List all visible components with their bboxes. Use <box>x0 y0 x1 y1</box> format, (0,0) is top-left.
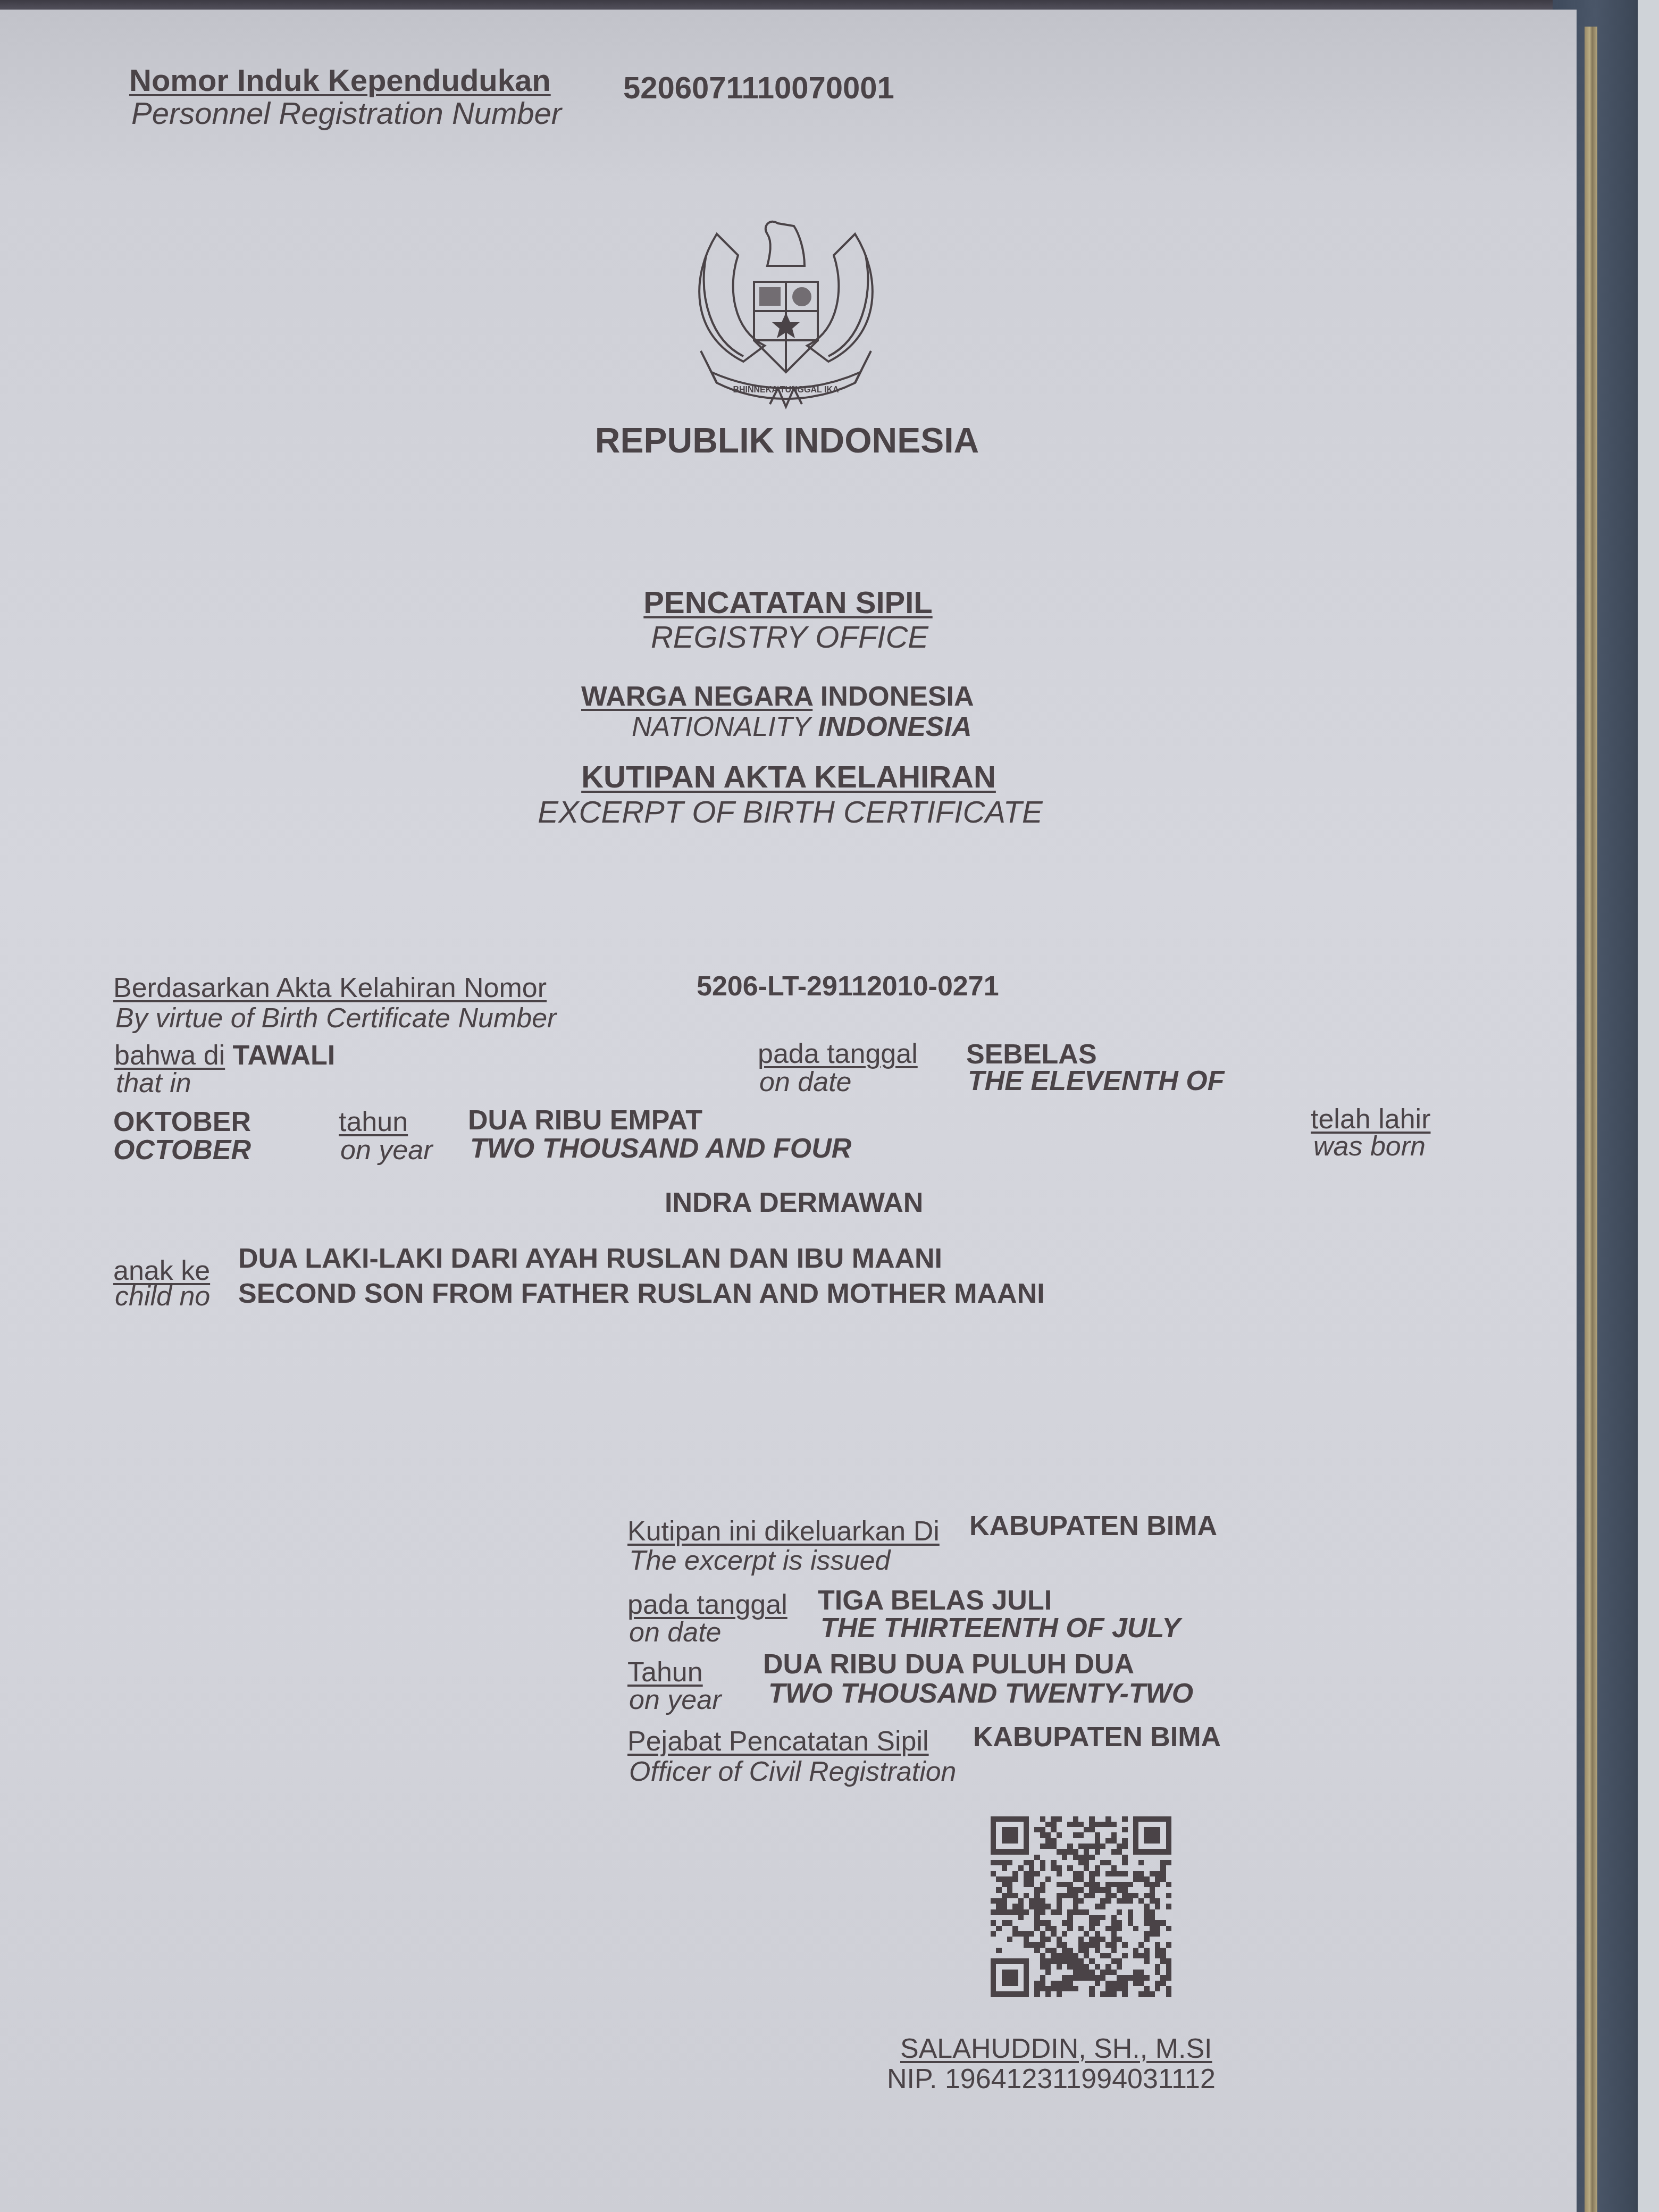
document-title-en: EXCERPT OF BIRTH CERTIFICATE <box>538 794 1043 830</box>
officer-label-en: Officer of Civil Registration <box>629 1756 957 1788</box>
birth-month: OKTOBER <box>113 1106 251 1138</box>
birth-year-value: DUA RIBU EMPAT <box>468 1104 702 1136</box>
nik-label: Nomor Induk Kependudukan <box>129 63 551 98</box>
birth-year-value-en: TWO THOUSAND AND FOUR <box>470 1133 851 1164</box>
office-title: PENCATATAN SIPIL <box>643 585 932 621</box>
issue-year-value-en: TWO THOUSAND TWENTY-TWO <box>768 1678 1193 1710</box>
officer-region: KABUPATEN BIMA <box>973 1721 1221 1753</box>
garuda-pancasila-emblem-icon: BHINNEKA TUNGGAL IKA <box>680 213 892 415</box>
issue-year-label: Tahun <box>627 1656 703 1688</box>
nik-label-en: Personnel Registration Number <box>131 96 562 131</box>
birth-date-label: pada tanggal <box>758 1038 918 1070</box>
document-title: KUTIPAN AKTA KELAHIRAN <box>581 759 996 795</box>
office-title-en: REGISTRY OFFICE <box>651 619 928 655</box>
country-title: REPUBLIK INDONESIA <box>595 420 979 460</box>
born-label-en: was born <box>1313 1130 1426 1162</box>
background-edge <box>1638 0 1659 2212</box>
signatory-name: SALAHUDDIN, SH., M.SI <box>900 2033 1212 2065</box>
issue-date-label: pada tanggal <box>627 1589 787 1621</box>
issue-date-value-en: THE THIRTEENTH OF JULY <box>820 1612 1180 1644</box>
gold-trim <box>1585 27 1597 2212</box>
officer-label: Pejabat Pencatatan Sipil <box>627 1725 929 1757</box>
birth-place: bahwa di TAWALI <box>114 1040 335 1071</box>
birth-month-en: OCTOBER <box>113 1134 251 1166</box>
nationality-label: WARGA NEGARA INDONESIA <box>581 681 974 713</box>
issue-date-value: TIGA BELAS JULI <box>818 1585 1052 1616</box>
nik-value: 5206071110070001 <box>623 70 894 106</box>
issue-year-value: DUA RIBU DUA PULUH DUA <box>763 1648 1134 1680</box>
birth-place-label-en: that in <box>116 1067 191 1099</box>
issued-place: KABUPATEN BIMA <box>969 1510 1217 1542</box>
issued-at-label-en: The excerpt is issued <box>629 1545 890 1577</box>
svg-text:BHINNEKA TUNGGAL IKA: BHINNEKA TUNGGAL IKA <box>733 386 839 395</box>
child-name: INDRA DERMAWAN <box>665 1187 923 1219</box>
child-number-label-en: child no <box>115 1280 210 1312</box>
issue-year-label-en: on year <box>629 1684 721 1716</box>
birth-year-label: tahun <box>339 1106 408 1138</box>
birth-year-label-en: on year <box>340 1134 432 1166</box>
signatory-nip: NIP. 196412311994031112 <box>887 2063 1216 2095</box>
cert-number-label-en: By virtue of Birth Certificate Number <box>115 1002 556 1034</box>
birth-date-value-en: THE ELEVENTH OF <box>968 1065 1224 1097</box>
child-number-value-en: SECOND SON FROM FATHER RUSLAN AND MOTHER… <box>238 1278 1045 1310</box>
nationality-label-en: NATIONALITY INDONESIA <box>632 711 972 743</box>
qr-code-icon <box>991 1815 1171 1998</box>
issue-date-label-en: on date <box>629 1616 722 1648</box>
cert-number-label: Berdasarkan Akta Kelahiran Nomor <box>113 972 547 1004</box>
birth-date-label-en: on date <box>759 1066 852 1098</box>
child-number-value: DUA LAKI-LAKI DARI AYAH RUSLAN DAN IBU M… <box>238 1243 942 1275</box>
issued-at-label: Kutipan ini dikeluarkan Di <box>627 1515 940 1547</box>
cert-number-value: 5206-LT-29112010-0271 <box>697 970 999 1002</box>
